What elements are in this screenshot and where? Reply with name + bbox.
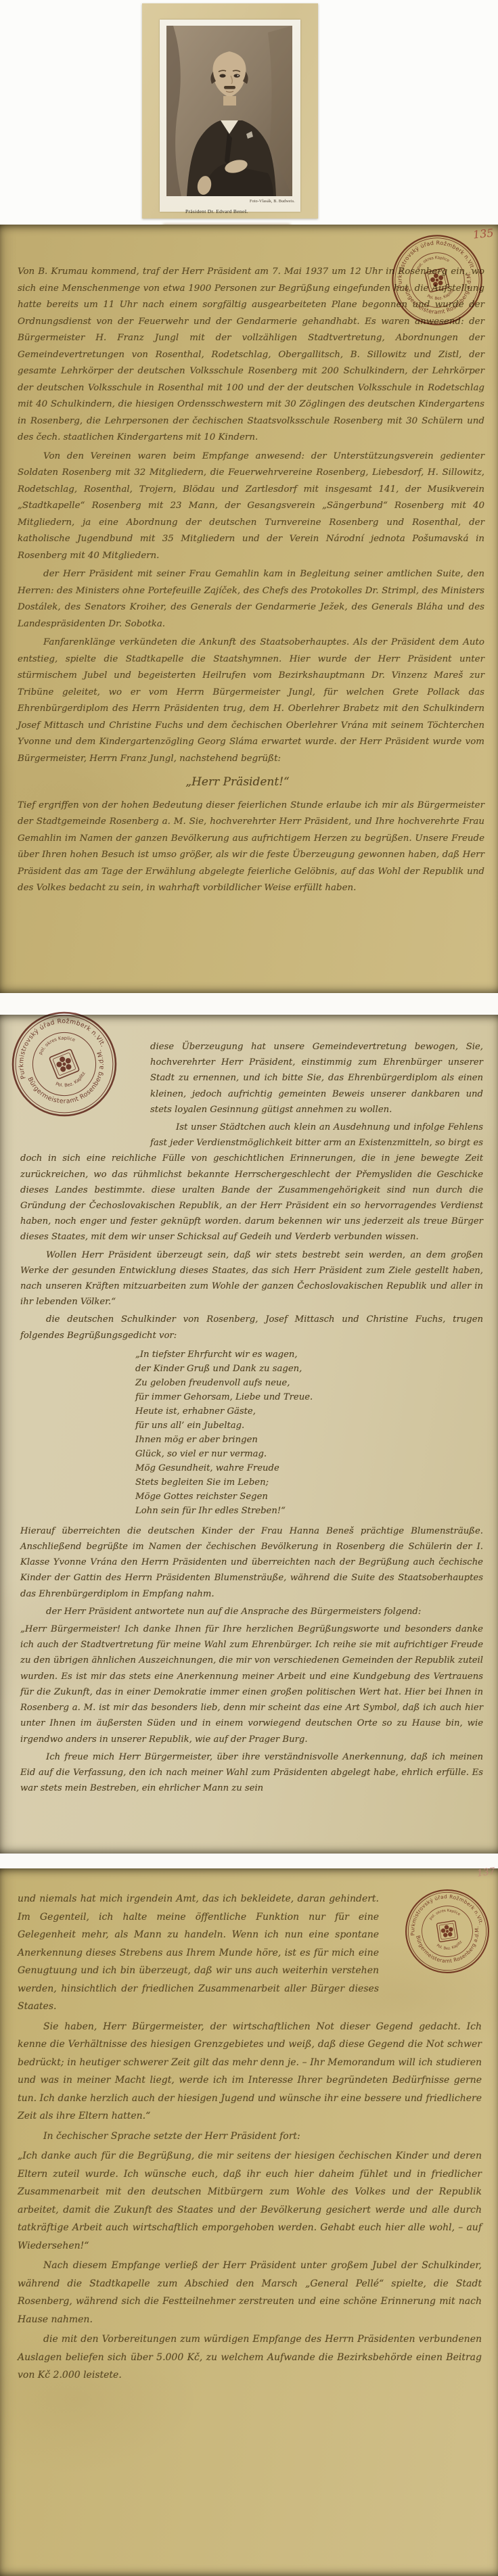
handwritten-paragraph: Hierauf überreichten die deutschen Kinde… [20,1523,483,1602]
photo-mat: Foto-Vlasák, B. Budweis. Präsident Dr. E… [160,20,300,212]
handwritten-paragraph: die deutschen Schulkinder von Rosenberg,… [20,1312,483,1343]
handwritten-paragraph: die mit den Vorbereitungen zum würdigen … [18,2330,482,2385]
handwritten-paragraph: „Ich danke auch für die Begrüßung, die m… [18,2147,482,2255]
handwritten-paragraph: Von den Vereinen waren beim Empfange anw… [18,448,484,565]
handwritten-paragraph: Wollen Herr Präsident überzeugt sein, da… [20,1247,483,1310]
handwritten-paragraph: Tief ergriffen von der hohen Bedeutung d… [18,798,484,897]
poem-line: Möge Gottes reichster Segen [135,1490,483,1504]
chronicle-scan: Foto-Vlasák, B. Budweis. Präsident Dr. E… [0,0,498,2576]
photo-section: Foto-Vlasák, B. Budweis. Präsident Dr. E… [0,0,498,223]
poem-line: der Kinder Gruß und Dank zu sagen, [135,1362,483,1376]
handwritten-paragraph: Fanfarenklänge verkündeten die Ankunft d… [18,635,484,767]
poem-line: für immer Gehorsam, Liebe und Treue. [135,1390,483,1404]
poem-line: Glück, so viel er nur vermag. [135,1447,483,1461]
page-number: 135 [473,226,495,241]
speech-heading: „Herr Präsident!“ [18,774,457,791]
handwritten-paragraph: Sie haben, Herr Bürgermeister, der wirts… [18,2018,482,2125]
handwritten-text-page-2: diese Überzeugung hat unsere Gemeindever… [0,1015,498,1796]
benes-portrait-photo [166,26,292,196]
handwritten-paragraph: Ich freue mich Herr Bürgermeister, über … [20,1749,483,1797]
svg-text:Pol. Bez. Kaplitz: Pol. Bez. Kaplitz [53,1069,89,1093]
handwritten-paragraph: In čechischer Sprache setzte der Herr Pr… [18,2127,482,2146]
poem-line: für uns all’ ein Jubeltag. [135,1419,483,1433]
svg-text:pol. okres Kaplice: pol. okres Kaplice [415,252,451,271]
chronicle-page-3: 137 Purkmistrovský úřad Rožmberk n.Vlt. … [0,1868,498,2576]
poem-line: „In tiefster Ehrfurcht wir es wagen, [135,1348,483,1362]
portrait-illustration [166,26,292,196]
photo-caption: Präsident Dr. Edvard Beneš. [185,208,248,214]
poem-line: Mög Gesundheit, wahre Freude [135,1461,483,1475]
round-seal: Purkmistrovský úřad Rožmberk n.Vlt. Bürg… [397,1881,498,1982]
photo-card: Foto-Vlasák, B. Budweis. Präsident Dr. E… [142,3,318,218]
greeting-poem: „In tiefster Ehrfurcht wir es wagen,der … [135,1348,483,1518]
svg-text:pol. okres Kaplice: pol. okres Kaplice [428,1906,461,1921]
chronicle-page-2: Purkmistrovský úřad Rožmberk n.Vlt. Bürg… [0,1015,498,1854]
handwritten-paragraph: der Herr Präsident antwortete nun auf di… [20,1604,483,1619]
chronicle-page-1: 135 Purkmistrovský úřad Rožmberk n.Vlt. … [0,225,498,993]
poem-line: Zu geloben freudenvoll aufs neue, [135,1376,483,1390]
poem-line: Heute ist, erhabner Gäste, [135,1404,483,1419]
poem-line: Ihnen mög er aber bringen [135,1433,483,1447]
photo-credit: Foto-Vlasák, B. Budweis. [250,200,295,204]
handwritten-paragraph: Nach diesem Empfange verließ der Herr Pr… [18,2257,482,2328]
svg-text:Pol. Bez. Kaplitz: Pol. Bez. Kaplitz [426,287,457,304]
handwritten-paragraph: der Herr Präsident mit seiner Frau Gemah… [18,566,484,632]
handwritten-paragraph: „Herr Bürgermeister! Ich danke Ihnen für… [20,1621,483,1747]
municipal-seal-stamp: Purkmistrovský úřad Rožmberk n.Vlt. Bürg… [397,1881,498,1982]
poem-line: Stets begleiten Sie im Leben; [135,1475,483,1490]
poem-line: Lohn sein für Ihr edles Streben!“ [135,1504,483,1518]
